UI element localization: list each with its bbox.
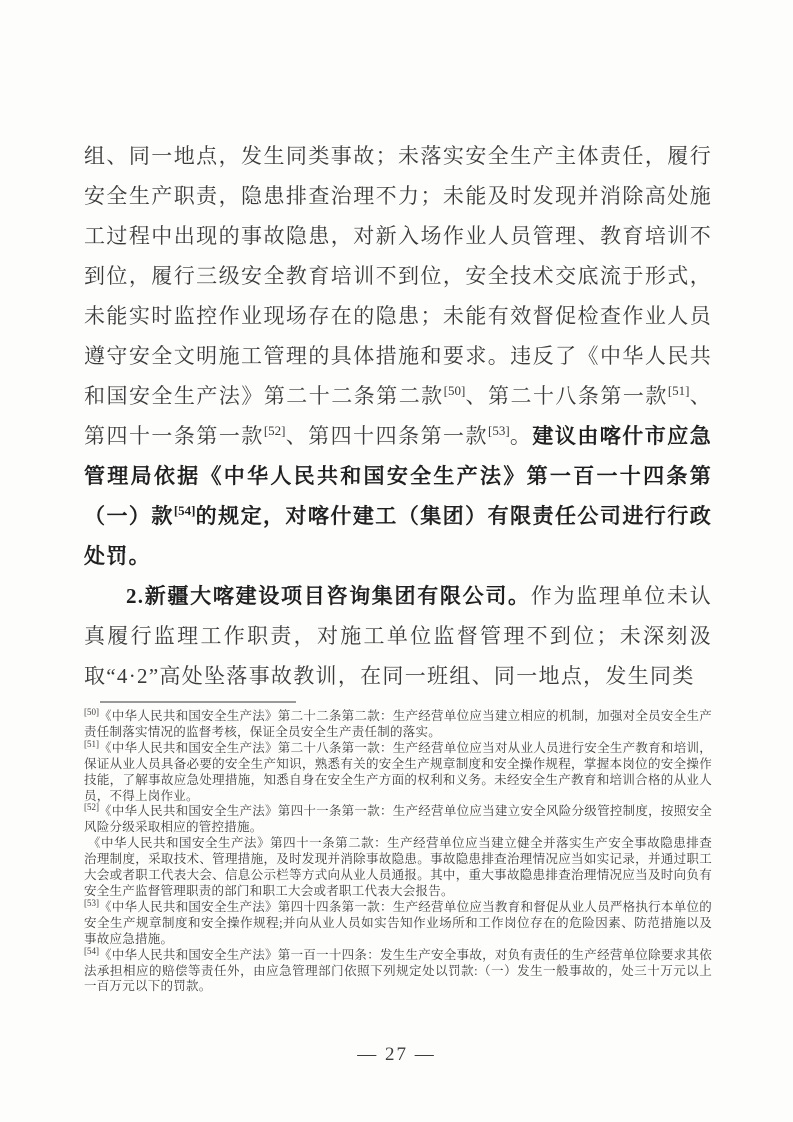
paragraph: 组、同一地点，发生同类事故；未落实安全生产主体责任，履行安全生产职责，隐患排查治… — [84, 136, 712, 576]
body-text: 组、同一地点，发生同类事故；未落实安全生产主体责任，履行安全生产职责，隐患排查治… — [84, 136, 712, 696]
paragraph: 2.新疆大喀建设项目咨询集团有限公司。作为监理单位未认真履行监理工作职责，对施工… — [84, 576, 712, 696]
footnote-reference: [50] — [444, 383, 466, 398]
page-content: 组、同一地点，发生同类事故；未落实安全生产主体责任，履行安全生产职责，隐患排查治… — [84, 136, 712, 995]
footnote-marker: [51] — [84, 739, 99, 749]
footnote-text: 《中华人民共和国安全生产法》第二十二条第二款：生产经营单位应当建立相应的机制，加… — [84, 709, 712, 739]
footnote-marker: [54] — [84, 945, 99, 955]
page-number: — 27 — — [0, 1044, 793, 1066]
footnote-item: [52]《中华人民共和国安全生产法》第四十一条第一款：生产经营单位应当建立安全风… — [84, 804, 712, 836]
footnote-item: [51]《中华人民共和国安全生产法》第二十八条第一款：生产经营单位应当对从业人员… — [84, 741, 712, 805]
footnote-item: [54]《中华人民共和国安全生产法》第一百一十四条：发生生产安全事故，对负有责任… — [84, 948, 712, 996]
footnote-text: 《中华人民共和国安全生产法》第四十一条第一款：生产经营单位应当建立安全风险分级管… — [84, 804, 712, 834]
text-segment: 。 — [510, 424, 533, 448]
footnote-text: 《中华人民共和国安全生产法》第二十八条第一款：生产经营单位应当对从业人员进行安全… — [84, 741, 712, 803]
footnote-reference: [51] — [668, 383, 690, 398]
footnote-text: 《中华人民共和国安全生产法》第四十四条第一款：生产经营单位应当教育和督促从业人员… — [84, 900, 712, 946]
text-segment: 、第二十八条第一款 — [465, 384, 668, 408]
footnote-text: 《中华人民共和国安全生产法》第一百一十四条：发生生产安全事故，对负有责任的生产经… — [84, 948, 712, 994]
footnote-reference: [52] — [264, 423, 286, 438]
footnotes: [50]《中华人民共和国安全生产法》第二十二条第二款：生产经营单位应当建立相应的… — [84, 709, 712, 995]
footnote-reference: [53] — [488, 423, 510, 438]
text-segment: 、第四十四条第一款 — [286, 424, 489, 448]
footnote-item: [50]《中华人民共和国安全生产法》第二十二条第二款：生产经营单位应当建立相应的… — [84, 709, 712, 741]
footnote-item: [53]《中华人民共和国安全生产法》第四十四条第一款：生产经营单位应当教育和督促… — [84, 900, 712, 948]
footnote-reference: [54] — [174, 503, 196, 518]
footnote-text: 《中华人民共和国安全生产法》第四十一条第二款：生产经营单位应当建立健全并落实生产… — [84, 836, 712, 898]
text-segment: 组、同一地点，发生同类事故；未落实安全生产主体责任，履行安全生产职责，隐患排查治… — [84, 144, 712, 408]
footnote-separator — [100, 701, 296, 703]
text-segment: 2.新疆大喀建设项目咨询集团有限公司。 — [126, 584, 531, 608]
footnote-marker: [52] — [84, 802, 99, 812]
footnote-item: 《中华人民共和国安全生产法》第四十一条第二款：生产经营单位应当建立健全并落实生产… — [84, 836, 712, 900]
footnote-marker: [53] — [84, 898, 99, 908]
footnote-marker: [50] — [84, 707, 99, 717]
document-page: 组、同一地点，发生同类事故；未落实安全生产主体责任，履行安全生产职责，隐患排查治… — [0, 0, 793, 1122]
